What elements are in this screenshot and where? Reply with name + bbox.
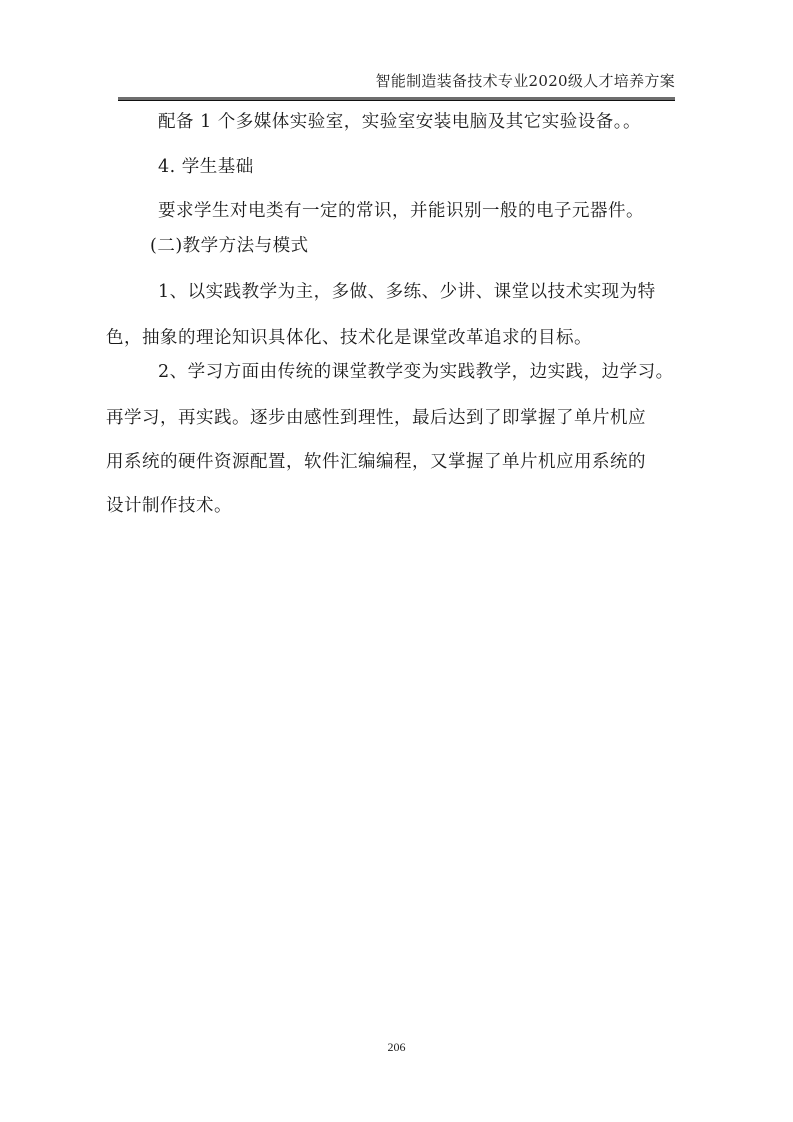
- section-heading: (二)教学方法与模式: [120, 236, 309, 256]
- text-line: 色，抽象的理论知识具体化、技术化是课堂改革追求的目标。: [106, 328, 656, 348]
- heading-student-basis: 4. 学生基础: [120, 157, 254, 177]
- paragraph-equipment: 配备 1 个多媒体实验室，实验室安装电脑及其它实验设备。。: [120, 112, 641, 132]
- text-line: 2、学习方面由传统的课堂教学变为实践教学，边实践，边学习。: [120, 362, 674, 382]
- header-rule-thin: [118, 100, 675, 101]
- paragraph-student-basis: 要求学生对电类有一定的常识，并能识别一般的电子元器件。: [120, 201, 644, 221]
- header-rule: [118, 97, 675, 102]
- text-line: 用系统的硬件资源配置，软件汇编编程，又掌握了单片机应用系统的: [106, 452, 674, 472]
- heading-teaching-method: (二)教学方法与模式: [120, 236, 309, 256]
- paragraph-method-2: 2、学习方面由传统的课堂教学变为实践教学，边实践，边学习。 再学习，再实践。逐步…: [120, 362, 674, 516]
- text-line: 设计制作技术。: [106, 496, 674, 516]
- page-number: 206: [0, 1040, 793, 1055]
- header-title: 智能制造装备技术专业2020级人才培养方案: [376, 70, 675, 91]
- text-line: 1、以实践教学为主，多做、多练、少讲、课堂以技术实现为特: [120, 282, 656, 302]
- section-heading: 4. 学生基础: [120, 157, 254, 177]
- text-line: 要求学生对电类有一定的常识，并能识别一般的电子元器件。: [120, 201, 644, 221]
- text-line: 再学习，再实践。逐步由感性到理性，最后达到了即掌握了单片机应: [106, 408, 674, 428]
- paragraph-method-1: 1、以实践教学为主，多做、多练、少讲、课堂以技术实现为特 色，抽象的理论知识具体…: [120, 282, 656, 348]
- text-line: 配备 1 个多媒体实验室，实验室安装电脑及其它实验设备。。: [120, 112, 641, 132]
